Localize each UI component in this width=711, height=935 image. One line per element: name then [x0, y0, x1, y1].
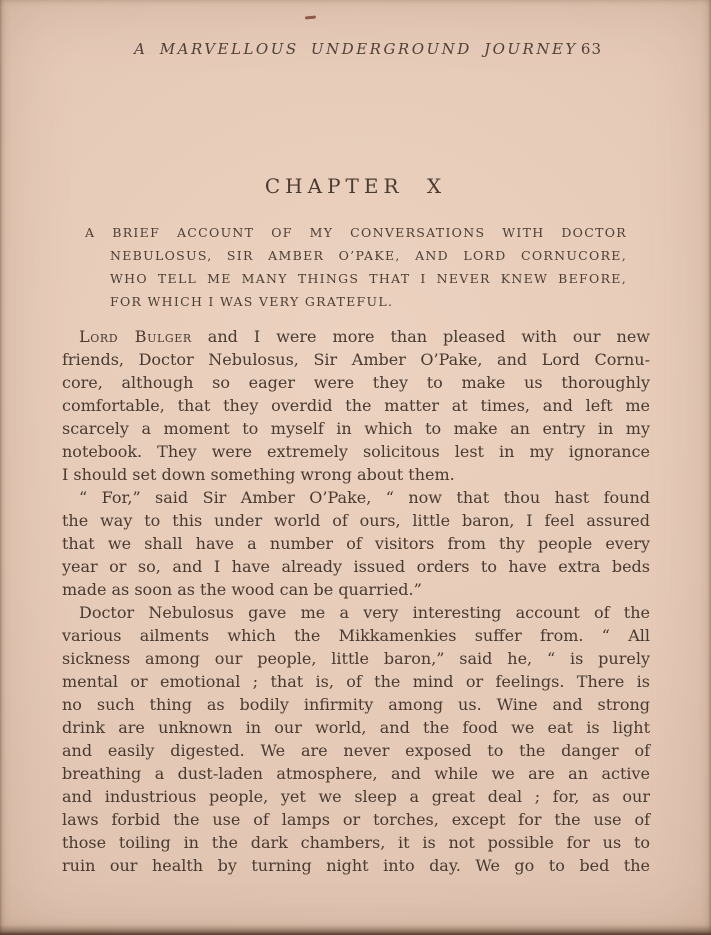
page-bottom-shadow: [0, 925, 711, 935]
text-line: comfortable, that they overdid the matte…: [62, 394, 650, 417]
book-page: A MARVELLOUS UNDERGROUND JOURNEY 63 CHAP…: [0, 0, 711, 935]
text-line: FOR WHICH I WAS VERY GRATEFUL.: [85, 290, 627, 313]
text-line: Lord Bulger and I were more than pleased…: [62, 325, 650, 348]
text-line: mental or emotional ; that is, of the mi…: [62, 670, 650, 693]
text-line: notebook. They were extremely solicitous…: [62, 440, 650, 463]
paragraph: Doctor Nebulosus gave me a very interest…: [62, 601, 650, 877]
text-line: laws forbid the use of lamps or torches,…: [62, 808, 650, 831]
text-line: various ailments which the Mikkamenkies …: [62, 624, 650, 647]
text-line: A BRIEF ACCOUNT OF MY CONVERSATIONS WITH…: [85, 221, 627, 244]
text-line: and easily digested. We are never expose…: [62, 739, 650, 762]
text-line: drink are unknown in our world, and the …: [62, 716, 650, 739]
text-line: Doctor Nebulosus gave me a very interest…: [62, 601, 650, 624]
chapter-synopsis: A BRIEF ACCOUNT OF MY CONVERSATIONS WITH…: [85, 221, 627, 313]
text-line: no such thing as bodily infirmity among …: [62, 693, 650, 716]
running-header-title: A MARVELLOUS UNDERGROUND JOURNEY: [62, 40, 650, 58]
text-line: those toiling in the dark chambers, it i…: [62, 831, 650, 854]
text-line: and industrious people, yet we sleep a g…: [62, 785, 650, 808]
text-line: ruin our health by turning night into da…: [62, 854, 650, 877]
text-line: sickness among our people, little baron,…: [62, 647, 650, 670]
text-line: scarcely a moment to myself in which to …: [62, 417, 650, 440]
text-line: I should set down something wrong about …: [62, 463, 650, 486]
small-caps-lead: Lord Bulger: [79, 327, 192, 346]
paragraph: Lord Bulger and I were more than pleased…: [62, 325, 650, 486]
text-line: friends, Doctor Nebulosus, Sir Amber O’P…: [62, 348, 650, 371]
text-line: that we shall have a number of visitors …: [62, 532, 650, 555]
body-text: Lord Bulger and I were more than pleased…: [62, 325, 650, 877]
text-line: core, although so eager were they to mak…: [62, 371, 650, 394]
text-line: WHO TELL ME MANY THINGS THAT I NEVER KNE…: [85, 267, 627, 290]
text-line: the way to this under world of ours, lit…: [62, 509, 650, 532]
ink-speck: [305, 15, 316, 19]
page-number: 63: [581, 40, 602, 58]
text-line: made as soon as the wood can be quarried…: [62, 578, 650, 601]
paragraph: “ For,” said Sir Amber O’Pake, “ now tha…: [62, 486, 650, 601]
text-line: “ For,” said Sir Amber O’Pake, “ now tha…: [62, 486, 650, 509]
chapter-heading: CHAPTER X: [0, 174, 711, 198]
text-line: breathing a dust-laden atmosphere, and w…: [62, 762, 650, 785]
text-line: year or so, and I have already issued or…: [62, 555, 650, 578]
running-header: A MARVELLOUS UNDERGROUND JOURNEY 63: [62, 40, 650, 62]
text-line: NEBULOSUS, SIR AMBER O’PAKE, AND LORD CO…: [85, 244, 627, 267]
